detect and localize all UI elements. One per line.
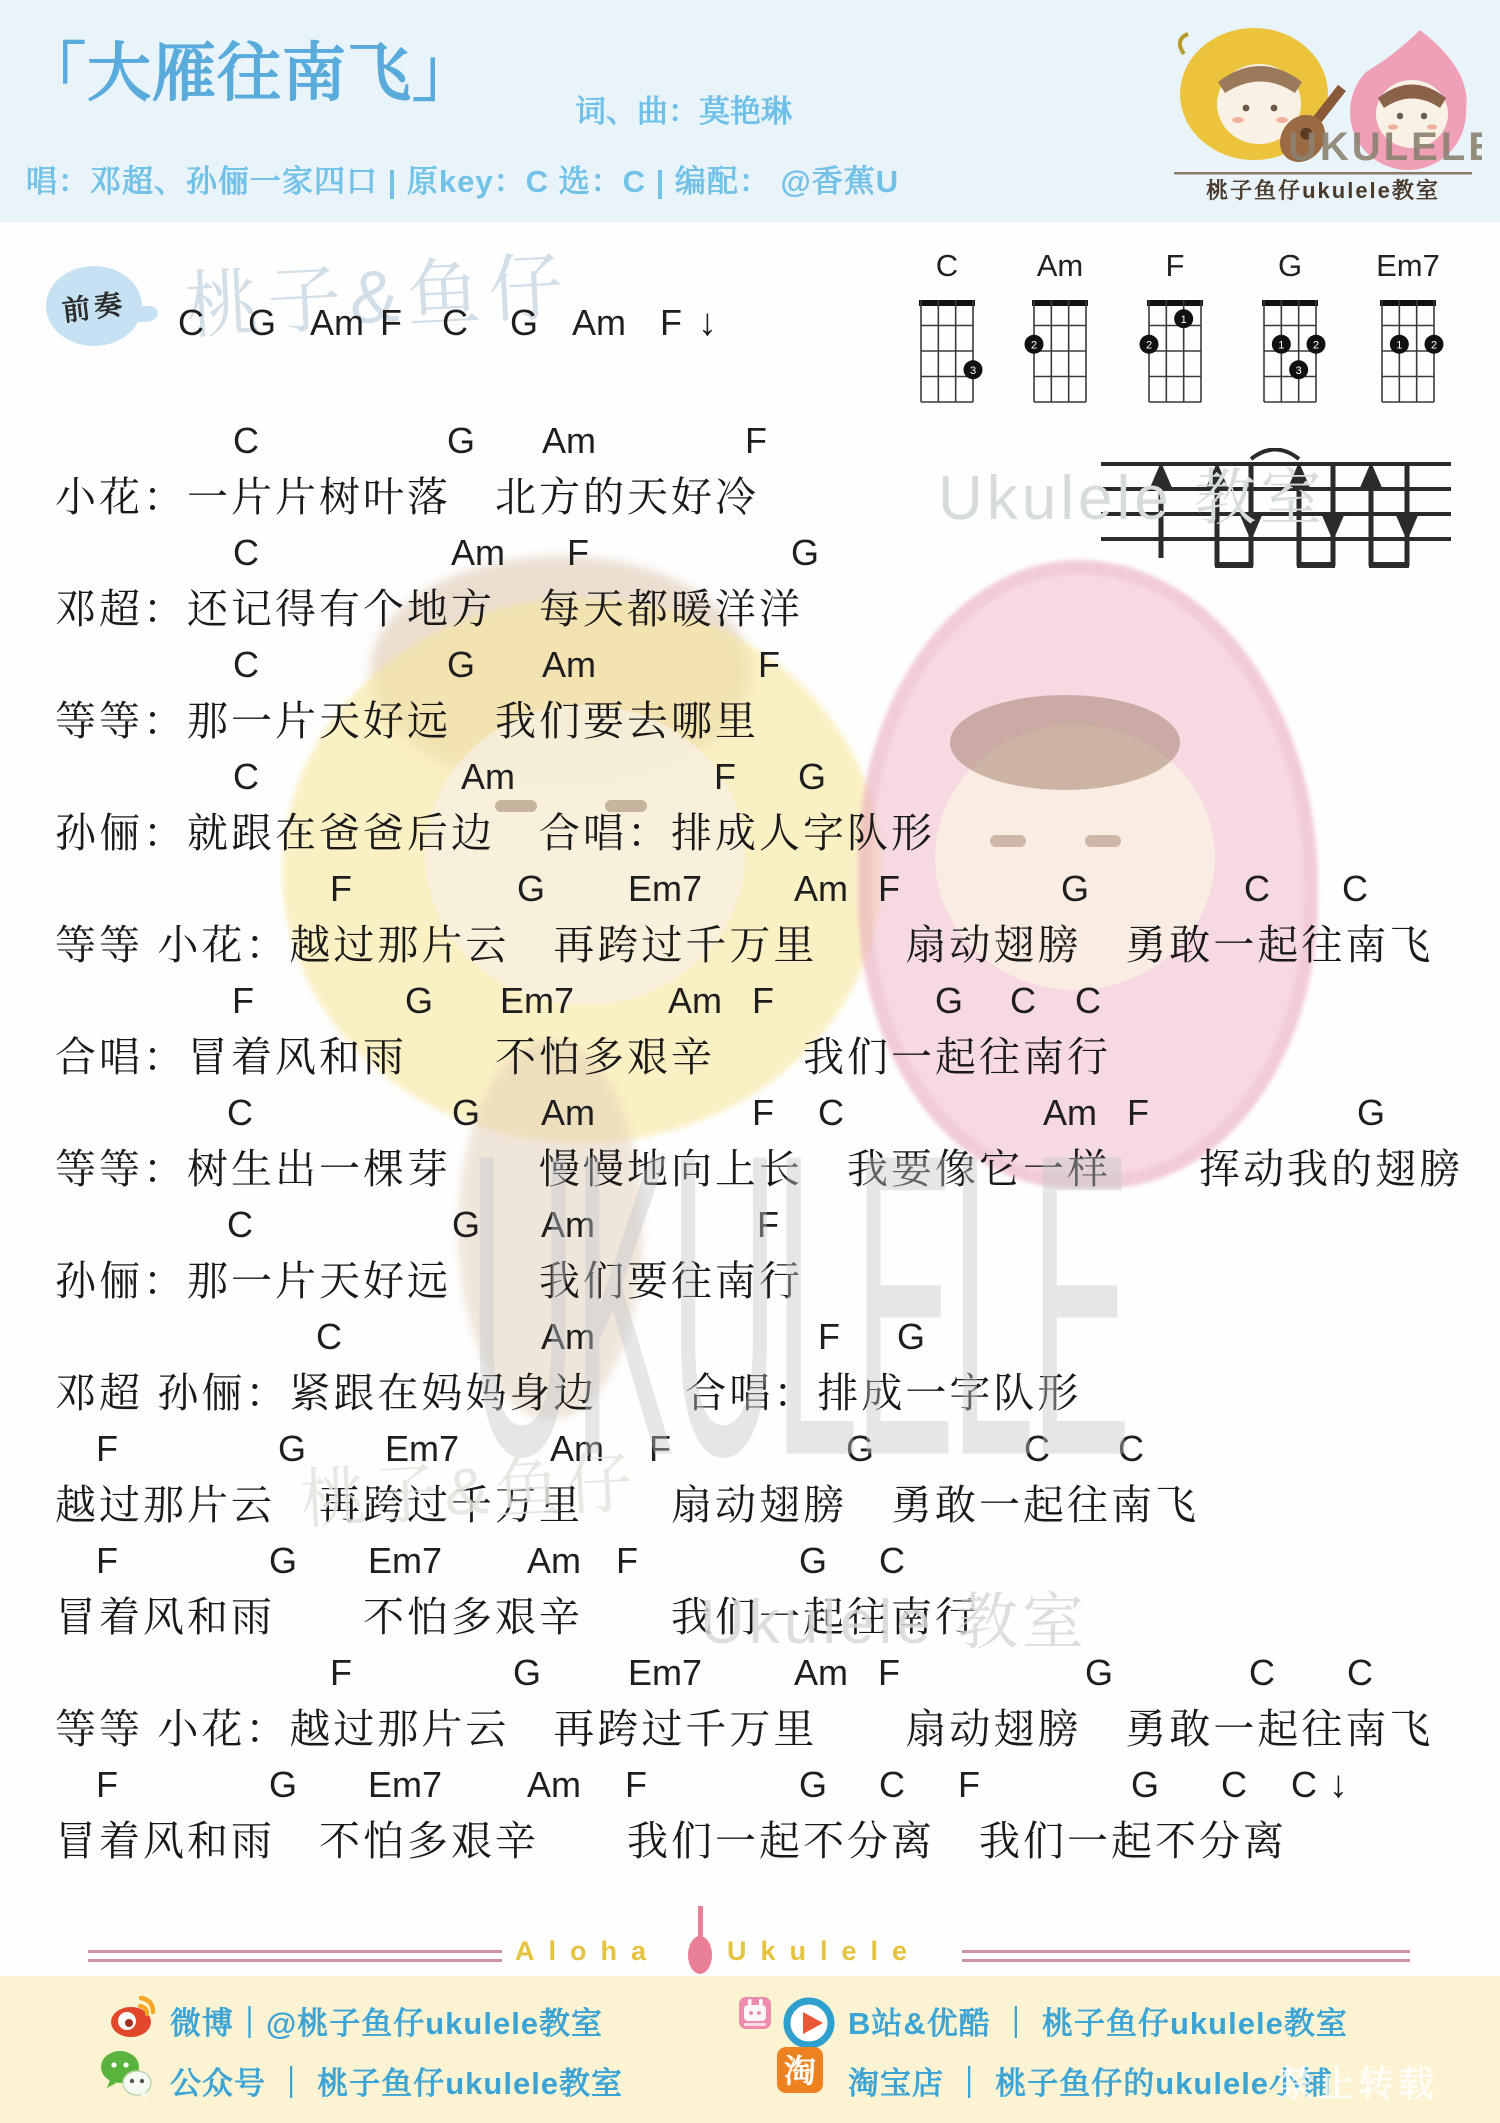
chord-label: F <box>714 756 736 798</box>
chord-label: C <box>1244 868 1270 910</box>
separator-word-aloha: Aloha <box>515 1936 660 1967</box>
lyric-line: 邓超 孙俪：紧跟在妈妈身边 合唱：排成一字队形 <box>55 1360 1081 1419</box>
chord-label: Am <box>1043 1092 1097 1134</box>
chord-diagram-panel: C3Am2F12G123Em712 <box>880 222 1480 422</box>
chord-label: F <box>649 1428 671 1470</box>
up-strum-arrow <box>1205 462 1229 490</box>
svg-text:2: 2 <box>1313 339 1319 351</box>
chord-label: Am <box>542 644 596 686</box>
chord-label: Am <box>668 980 722 1022</box>
chord-label: G <box>269 1764 297 1806</box>
svg-text:2: 2 <box>1431 339 1437 351</box>
svg-text:1: 1 <box>1181 314 1187 326</box>
up-strum-arrow <box>1287 462 1311 490</box>
chord-label: C <box>1075 980 1101 1022</box>
intro-chord-F: F <box>660 302 682 344</box>
chord-label: Am <box>794 868 848 910</box>
up-strum-arrow <box>1359 462 1383 490</box>
chord-label: Em7 <box>500 980 574 1022</box>
chord-label: G <box>278 1428 306 1470</box>
svg-text:2: 2 <box>1031 339 1037 351</box>
chord-label: F <box>745 420 767 462</box>
down-strum-arrow <box>1321 513 1345 541</box>
chord-label: C <box>1118 1428 1144 1470</box>
chord-label: F <box>96 1540 118 1582</box>
chord-label: C <box>879 1540 905 1582</box>
intro-chord-G: G <box>510 302 538 344</box>
svg-text:淘: 淘 <box>784 2053 816 2089</box>
chord-label: Am <box>541 1204 595 1246</box>
chord-label: G <box>846 1428 874 1470</box>
intro-badge: 前奏 <box>46 266 142 346</box>
chord-label: Am <box>451 532 505 574</box>
chord-label: C <box>227 1092 253 1134</box>
lyric-line: 合唱：冒着风和雨 不怕多艰辛 我们一起往南行 <box>55 1024 1111 1083</box>
chord-label: C <box>1249 1652 1275 1694</box>
chord-label: C <box>1010 980 1036 1022</box>
footer-link-bilibili: B站&优酷 ｜ 桃子鱼仔ukulele教室 <box>848 1998 1348 2043</box>
separator-line <box>962 1950 1410 1953</box>
intro-chord-strum-arrow: ↓ <box>698 302 717 345</box>
chord-label: Am <box>461 756 515 798</box>
chord-label: C <box>1342 868 1368 910</box>
lyric-line: 孙俪：就跟在爸爸后边 合唱：排成人字队形 <box>55 800 935 859</box>
studio-logo: UKULELE 桃子鱼仔ukulele教室 <box>1162 16 1482 208</box>
chord-label: G <box>799 1764 827 1806</box>
lyric-line: 孙俪：那一片天好远 我们要往南行 <box>55 1248 803 1307</box>
song-credit: 词、曲：莫艳琳 <box>575 86 792 131</box>
chord-label: Em7 <box>368 1764 442 1806</box>
chord-label: C <box>233 644 259 686</box>
bilibili-icon <box>738 1996 772 2030</box>
song-subtitle: 唱：邓超、孙俪一家四口 | 原key：C 选：C | 编配： @香蕉U <box>26 156 899 201</box>
up-strum-arrow <box>1149 462 1173 490</box>
chord-label: G <box>405 980 433 1022</box>
chord-label: G <box>452 1092 480 1134</box>
chord-label: G <box>1131 1764 1159 1806</box>
chord-label: F <box>96 1428 118 1470</box>
chord-label: G <box>269 1540 297 1582</box>
svg-text:3: 3 <box>970 365 976 377</box>
lyric-line: 等等 小花：越过那片云 再跨过千万里 扇动翅膀 勇敢一起往南飞 <box>55 912 1433 971</box>
chord-label: C <box>233 532 259 574</box>
lyric-line: 冒着风和雨 不怕多艰辛 我们一起往南行 <box>55 1584 979 1643</box>
play-icon <box>782 1996 836 2050</box>
footer-link-wechat: 公众号 ｜ 桃子鱼仔ukulele教室 <box>170 2058 623 2103</box>
chord-label: Em7 <box>385 1428 459 1470</box>
chord-label: G <box>897 1316 925 1358</box>
chord-label: G <box>798 756 826 798</box>
svg-text:1: 1 <box>1396 339 1402 351</box>
chord-label: ↓ <box>1329 1764 1348 1807</box>
chord-label: G <box>447 644 475 686</box>
footer-link-weibo: 微博｜@桃子鱼仔ukulele教室 <box>170 1998 603 2043</box>
lyric-line: 冒着风和雨 不怕多艰辛 我们一起不分离 我们一起不分离 <box>55 1808 1287 1867</box>
chord-label: Am <box>794 1652 848 1694</box>
chord-label: G <box>452 1204 480 1246</box>
chord-label: G <box>1357 1092 1385 1134</box>
pink-eye-right <box>1085 835 1121 847</box>
chord-diagram-name: F <box>1166 248 1185 283</box>
chord-label: F <box>752 980 774 1022</box>
logo-school: 桃子鱼仔ukulele教室 <box>1206 178 1440 203</box>
chord-diagram-name: Em7 <box>1376 248 1440 283</box>
chord-label: C <box>818 1092 844 1134</box>
pink-fringe <box>950 695 1180 790</box>
chord-label: C <box>1024 1428 1050 1470</box>
repost-forbidden-watermark: 禁止转载 <box>1278 2056 1438 2107</box>
chord-label: C <box>1347 1652 1373 1694</box>
intro-chord-C: C <box>178 302 204 344</box>
down-strum-arrow <box>1395 513 1419 541</box>
lyric-line: 越过那片云 再跨过千万里 扇动翅膀 勇敢一起往南飞 <box>55 1472 1199 1531</box>
pink-eye-left <box>990 835 1026 847</box>
chord-label: F <box>625 1764 647 1806</box>
lyric-line: 小花：一片片树叶落 北方的天好冷 <box>55 464 759 523</box>
separator-line <box>88 1959 502 1962</box>
chord-label: G <box>799 1540 827 1582</box>
chord-diagram-name: Am <box>1037 248 1084 283</box>
svg-text:1: 1 <box>1278 339 1284 351</box>
footer-link-taobao: 淘宝店 ｜ 桃子鱼仔的ukulele小铺 <box>848 2058 1333 2103</box>
chord-label: C <box>233 756 259 798</box>
tie-arc <box>1251 450 1299 460</box>
chord-label: C <box>1291 1764 1317 1806</box>
weibo-icon <box>108 1990 160 2042</box>
lyric-line: 等等：那一片天好远 我们要去哪里 <box>55 688 759 747</box>
chord-label: Em7 <box>628 868 702 910</box>
chord-label: C <box>879 1764 905 1806</box>
separator-word-ukulele: Ukulele <box>727 1936 921 1967</box>
chord-label: G <box>1085 1652 1113 1694</box>
page-title: 「大雁往南飞」 <box>22 22 477 114</box>
chord-label: F <box>232 980 254 1022</box>
chord-label: F <box>567 532 589 574</box>
lyric-line: 等等 小花：越过那片云 再跨过千万里 扇动翅膀 勇敢一起往南飞 <box>55 1696 1433 1755</box>
chord-diagram-name: C <box>936 248 958 283</box>
chord-diagram-name: G <box>1278 248 1302 283</box>
chord-label: G <box>513 1652 541 1694</box>
chord-label: F <box>616 1540 638 1582</box>
chord-label: F <box>958 1764 980 1806</box>
svg-text:3: 3 <box>1296 365 1302 377</box>
chord-label: G <box>517 868 545 910</box>
taobao-icon: 淘 <box>776 2046 824 2094</box>
chord-label: G <box>447 420 475 462</box>
chord-label: F <box>96 1764 118 1806</box>
chord-label: Am <box>550 1428 604 1470</box>
chord-label: Am <box>527 1540 581 1582</box>
chord-label: C <box>227 1204 253 1246</box>
chord-label: F <box>757 1204 779 1246</box>
chord-label: G <box>791 532 819 574</box>
intro-chord-C: C <box>442 302 468 344</box>
strum-pattern <box>1095 448 1457 586</box>
chord-label: F <box>878 868 900 910</box>
chord-label: F <box>758 644 780 686</box>
chord-label: F <box>818 1316 840 1358</box>
chord-label: C <box>233 420 259 462</box>
chord-sheet-page: 「大雁往南飞」 词、曲：莫艳琳 唱：邓超、孙俪一家四口 | 原key：C 选：C… <box>0 0 1500 2123</box>
chord-label: F <box>878 1652 900 1694</box>
chord-label: Am <box>542 420 596 462</box>
chord-label: Am <box>541 1092 595 1134</box>
chord-label: C <box>1221 1764 1247 1806</box>
intro-chord-G: G <box>248 302 276 344</box>
intro-chord-Am: Am <box>310 302 364 344</box>
chord-label: Am <box>527 1764 581 1806</box>
logo-brand: UKULELE <box>1288 125 1482 169</box>
intro-badge-label: 前奏 <box>60 282 128 330</box>
separator-line <box>88 1950 502 1953</box>
chord-label: C <box>316 1316 342 1358</box>
down-strum-arrow <box>1239 513 1263 541</box>
chord-label: F <box>752 1092 774 1134</box>
chord-label: G <box>1061 868 1089 910</box>
separator-line <box>962 1959 1410 1962</box>
intro-chord-F: F <box>380 302 402 344</box>
chord-label: Am <box>541 1316 595 1358</box>
chord-label: F <box>330 868 352 910</box>
lyric-line: 等等：树生出一棵芽 慢慢地向上长 我要像它一样 挥动我的翅膀 <box>55 1136 1463 1195</box>
intro-chord-Am: Am <box>572 302 626 344</box>
chord-label: Em7 <box>628 1652 702 1694</box>
chord-label: F <box>330 1652 352 1694</box>
chord-label: G <box>935 980 963 1022</box>
ukulele-icon <box>686 1906 714 1976</box>
chord-label: Em7 <box>368 1540 442 1582</box>
svg-text:2: 2 <box>1146 339 1152 351</box>
wechat-icon <box>98 2046 154 2100</box>
chord-label: F <box>1127 1092 1149 1134</box>
lyric-line: 邓超：还记得有个地方 每天都暖洋洋 <box>55 576 803 635</box>
